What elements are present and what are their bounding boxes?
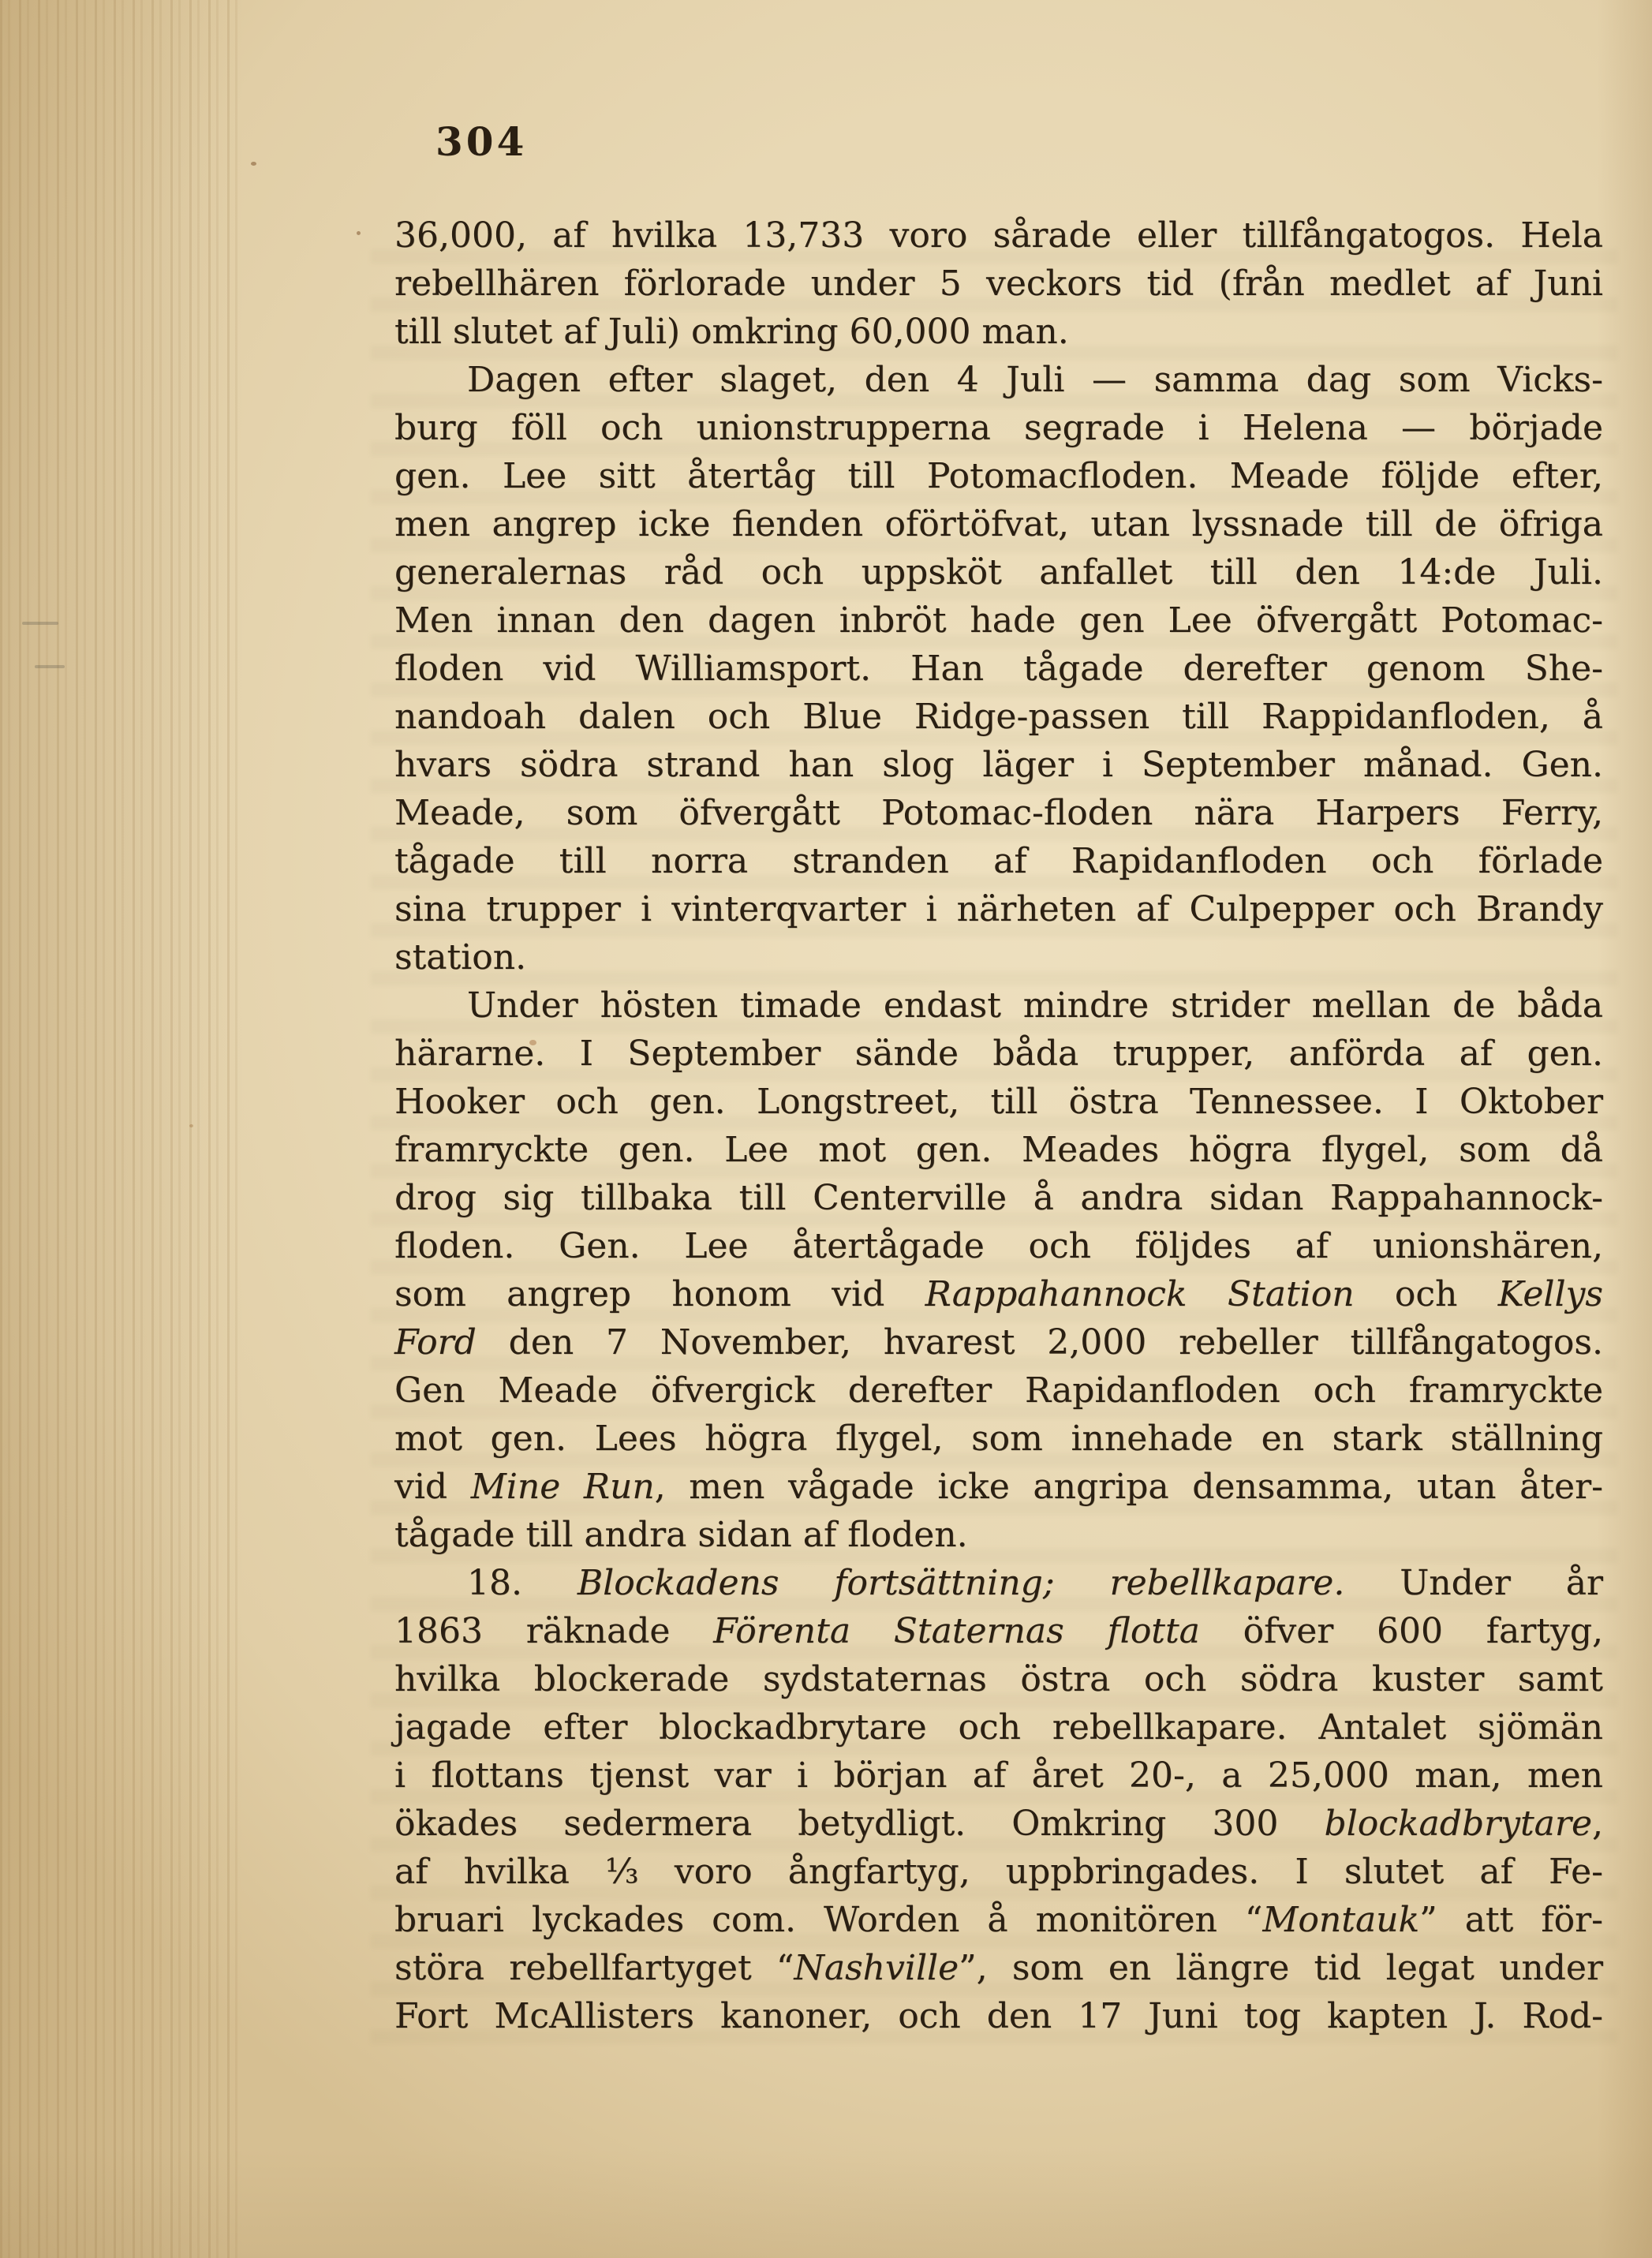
text-segment: , [1592,1804,1603,1844]
text-segment: ökades sedermera betydligt. Omkring 300 [394,1804,1325,1844]
text-line: bruari lyckades com. Worden å monitören … [394,1896,1603,1944]
paper-speck [251,162,256,166]
text-segment: men angrep icke fienden oförtöfvat, utan… [394,504,1603,544]
text-line: rebellhären förlorade under 5 veckors ti… [394,260,1603,308]
text-segment: och [1355,1274,1498,1314]
text-segment: Fort McAllisters kanoner, och den 17 Jun… [394,1996,1603,2036]
paper-speck [189,1124,193,1127]
text-line: jagade efter blockadbrytare och rebellka… [394,1703,1603,1751]
text-line: ökades sedermera betydligt. Omkring 300 … [394,1800,1603,1848]
text-segment: den 7 November, hvarest 2,000 rebeller t… [477,1322,1603,1363]
italic-text-segment: Mine Run [471,1467,655,1507]
text-segment: drog sig tillbaka till Centerville å and… [394,1178,1603,1218]
text-segment: bruari lyckades com. Worden å monitören … [394,1900,1262,1940]
text-line: mot gen. Lees högra flygel, som innehade… [394,1415,1603,1463]
italic-text-segment: Rappahannock Station [925,1274,1355,1314]
text-segment: i flottans tjenst var i början af året 2… [394,1755,1603,1796]
text-line: gen. Lee sitt återtåg till Potomacfloden… [394,452,1603,500]
text-segment: tågade till andra sidan af floden. [394,1515,968,1555]
text-segment: jagade efter blockadbrytare och rebellka… [394,1707,1603,1748]
italic-text-segment: Blockadens fortsättning; rebellkapare. [577,1563,1344,1603]
text-line: af hvilka ⅓ voro ångfartyg, uppbringades… [394,1848,1603,1896]
text-segment: härarne. I September sände båda trupper,… [394,1034,1603,1074]
text-line: hvilka blockerade sydstaternas östra och… [394,1655,1603,1703]
text-segment: 18. [467,1563,577,1603]
text-segment: Under år [1344,1563,1603,1603]
text-segment: hvars södra strand han slog läger i Sept… [394,745,1603,785]
text-segment: burg föll och unionstrupperna segrade i … [394,408,1603,448]
text-line: nandoah dalen och Blue Ridge-passen till… [394,693,1603,741]
text-segment: som angrep honom vid [394,1274,925,1314]
text-line: till slutet af Juli) omkring 60,000 man. [394,308,1603,356]
text-segment: 1863 räknade [394,1611,713,1651]
text-line: Men innan den dagen inbröt hade gen Lee … [394,596,1603,645]
text-segment: Meade, som öfvergått Potomac-floden nära… [394,793,1603,833]
text-line: Ford den 7 November, hvarest 2,000 rebel… [394,1318,1603,1366]
margin-pencil-mark [35,665,65,668]
italic-text-segment: blockadbrytare [1325,1804,1592,1844]
text-segment: Men innan den dagen inbröt hade gen Lee … [394,600,1603,641]
text-line: Dagen efter slaget, den 4 Juli — samma d… [394,356,1603,404]
text-line: Meade, som öfvergått Potomac-floden nära… [394,789,1603,837]
text-line: som angrep honom vid Rappahannock Statio… [394,1270,1603,1318]
text-line: floden vid Williamsport. Han tågade dere… [394,645,1603,693]
text-segment: ” att för- [1419,1900,1603,1940]
text-segment: generalernas råd och uppsköt anfallet ti… [394,552,1603,593]
text-segment: Hooker och gen. Longstreet, till östra T… [394,1082,1603,1122]
italic-text-segment: Kellys [1498,1274,1603,1314]
text-line: Hooker och gen. Longstreet, till östra T… [394,1078,1603,1126]
text-line: Under hösten timade endast mindre stride… [394,981,1603,1030]
text-line: station. [394,933,1603,981]
text-segment: tågade till norra stranden af Rapidanflo… [394,841,1603,881]
text-segment: mot gen. Lees högra flygel, som innehade… [394,1419,1603,1459]
text-segment: Gen Meade öfvergick derefter Rapidanflod… [394,1370,1603,1411]
text-line: härarne. I September sände båda trupper,… [394,1030,1603,1078]
text-line: floden. Gen. Lee återtågade och följdes … [394,1222,1603,1270]
text-line: generalernas råd och uppsköt anfallet ti… [394,548,1603,596]
page-bottom-shadow [0,2148,1652,2258]
text-segment: hvilka blockerade sydstaternas östra och… [394,1659,1603,1699]
text-line: i flottans tjenst var i början af året 2… [394,1751,1603,1800]
page-number: 304 [435,118,527,165]
italic-text-segment: Nashville [794,1948,959,1988]
text-line: störa rebellfartyget “Nashville”, som en… [394,1944,1603,1992]
text-segment: öfver 600 fartyg, [1200,1611,1603,1651]
text-line: Fort McAllisters kanoner, och den 17 Jun… [394,1992,1603,2040]
text-line: framryckte gen. Lee mot gen. Meades högr… [394,1126,1603,1174]
text-segment: vid [394,1467,471,1507]
text-segment: floden vid Williamsport. Han tågade dere… [394,649,1603,689]
italic-text-segment: Ford [394,1322,477,1363]
text-line: tågade till andra sidan af floden. [394,1511,1603,1559]
text-segment: rebellhären förlorade under 5 veckors ti… [394,264,1603,304]
text-segment: framryckte gen. Lee mot gen. Meades högr… [394,1130,1603,1170]
text-segment: floden. Gen. Lee återtågade och följdes … [394,1226,1603,1266]
text-line: burg föll och unionstrupperna segrade i … [394,404,1603,452]
text-line: vid Mine Run, men vågade icke angripa de… [394,1463,1603,1511]
page-right-edge-shadow [1597,0,1652,2258]
text-line: sina trupper i vinterqvarter i närheten … [394,885,1603,933]
text-segment: Dagen efter slaget, den 4 Juli — samma d… [467,360,1603,400]
text-segment: Under hösten timade endast mindre stride… [467,985,1603,1026]
text-line: tågade till norra stranden af Rapidanflo… [394,837,1603,885]
text-line: 1863 räknade Förenta Staternas flotta öf… [394,1607,1603,1655]
text-segment: , men vågade icke angripa densamma, utan… [655,1467,1603,1507]
paper-speck [357,231,361,235]
text-segment: station. [394,937,526,978]
text-line: 36,000, af hvilka 13,733 voro sårade ell… [394,211,1603,260]
text-segment: störa rebellfartyget “ [394,1948,794,1988]
text-line: drog sig tillbaka till Centerville å and… [394,1174,1603,1222]
italic-text-segment: Montauk [1262,1900,1419,1940]
text-segment: till slutet af Juli) omkring 60,000 man. [394,312,1069,352]
text-line: hvars södra strand han slog läger i Sept… [394,741,1603,789]
book-page: 304 36,000, af hvilka 13,733 voro sårade… [0,0,1652,2258]
italic-text-segment: Förenta Staternas flotta [713,1611,1200,1651]
text-segment: sina trupper i vinterqvarter i närheten … [394,889,1603,929]
text-segment: gen. Lee sitt återtåg till Potomacfloden… [394,456,1603,496]
text-segment: 36,000, af hvilka 13,733 voro sårade ell… [394,215,1603,256]
text-segment: af hvilka ⅓ voro ångfartyg, uppbringades… [394,1852,1603,1892]
margin-pencil-mark [22,622,58,625]
text-line: 18. Blockadens fortsättning; rebellkapar… [394,1559,1603,1607]
text-segment: nandoah dalen och Blue Ridge-passen till… [394,697,1603,737]
body-text: 36,000, af hvilka 13,733 voro sårade ell… [394,211,1603,2040]
text-segment: ”, som en längre tid legat under [959,1948,1603,1988]
page-gutter-shadow [0,0,245,2258]
text-line: men angrep icke fienden oförtöfvat, utan… [394,500,1603,548]
text-line: Gen Meade öfvergick derefter Rapidanflod… [394,1366,1603,1415]
